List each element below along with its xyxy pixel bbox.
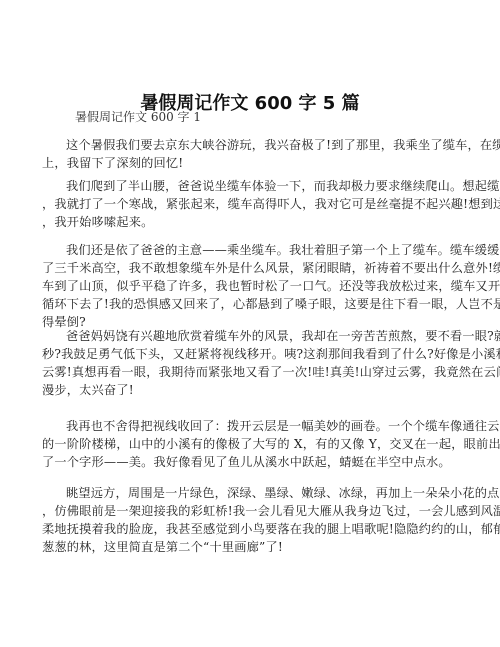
paragraph-line: 爸爸妈妈饶有兴趣地欣赏着缆车外的风景，我却在一旁苦苦煎熬，要不看一眼?就一 (66, 327, 500, 345)
paragraph-line: 这个暑假我们要去京东大峡谷游玩，我兴奋极了!到了那里，我乘坐了缆车，在缆车 (66, 136, 500, 154)
paragraph-line: 的一阶阶楼梯，山中的小溪有的像极了大写的 X，有的又像 Y，交叉在一起，眼前出现 (42, 435, 500, 453)
paragraph-line: 车到了山顶，似乎平稳了许多，我也暂时松了一口气。还没等我放松过来，缆车又开车 (42, 277, 500, 295)
paragraph-line: 云雾!真想再看一眼，我期待而紧张地又看了一次!哇!真美!山穿过云雾，我竟然在云间 (42, 363, 500, 381)
document-subtitle: 暑假周记作文 600 字 1 (75, 108, 201, 126)
paragraph-line: 了三千米高空，我不敢想象缆车外是什么风景，紧闭眼睛，祈祷着不要出什么意外!缆 (42, 259, 500, 277)
paragraph-line: 眺望远方，周围是一片绿色，深绿、墨绿、嫩绿、冰绿，再加上一朵朵小花的点缀 (66, 484, 500, 502)
paragraph-line: ，我开始哆嗦起来。 (42, 213, 154, 231)
paragraph-line: 循环下去了!我的恐惧感又回来了，心都悬到了嗓子眼，这要是往下看一眼，人岂不是 (42, 295, 500, 313)
paragraph-line: 我们还是依了爸爸的主意——乘坐缆车。我壮着胆子第一个上了缆车。缆车缓缓到 (66, 241, 500, 259)
paragraph-line: 葱葱的林，这里简直是第二个“十里画廊”了! (42, 538, 283, 556)
paragraph-line: 了一个字形——美。我好像看见了鱼儿从溪水中跃起，蜻蜓在半空中点水。 (42, 453, 451, 471)
paragraph-line: 上，我留下了深刻的回忆! (42, 154, 183, 172)
paragraph-line: 我们爬到了半山腰，爸爸说坐缆车体验一下，而我却极力要求继续爬山。想起缆车 (66, 177, 500, 195)
paragraph-line: ，我就打了一个寒战，紧张起来，缆车高得吓人，我对它可是丝毫提不起兴趣!想到这 (42, 195, 500, 213)
paragraph-line: 我再也不舍得把视线收回了：拨开云层是一幅美妙的画卷。一个个缆车像通往云海 (66, 417, 500, 435)
paragraph-line: ，仿佛眼前是一架迎接我的彩虹桥!我一会儿看见大雁从我身边飞过，一会儿感到风温 (42, 502, 500, 520)
paragraph-line: 柔地抚摸着我的脸庞，我甚至感觉到小鸟要落在我的腿上唱歌呢!隐隐约约的山，郁郁 (42, 520, 500, 538)
paragraph-line: 秒?我鼓足勇气低下头，又赶紧将视线移开。咦?这刹那间我看到了什么?好像是小溪和 (42, 345, 500, 363)
paragraph-line: 漫步，太兴奋了! (42, 381, 134, 399)
